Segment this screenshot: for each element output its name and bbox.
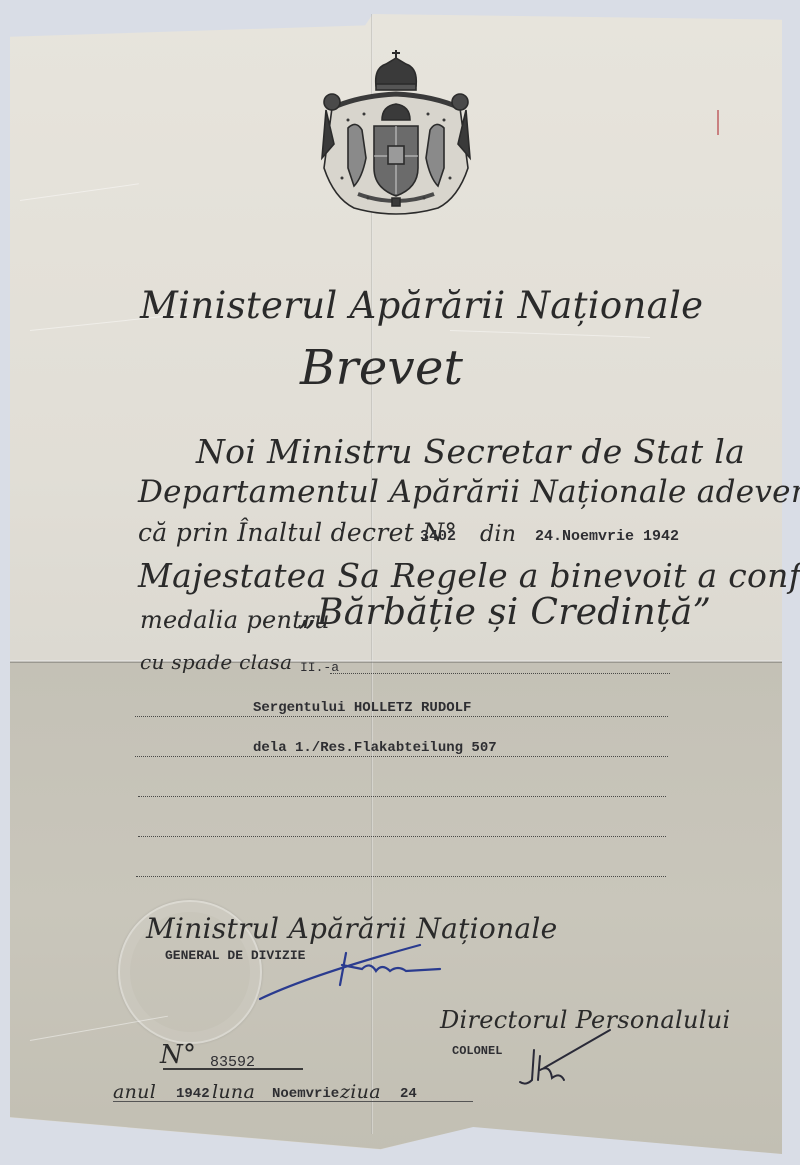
document-title: Brevet [300,340,463,396]
director-rank: COLONEL [452,1044,502,1058]
body-line-2: Departamentul Apărării Naționale adeveri… [138,474,800,510]
unit-line: dela 1./Res.Flakabteilung 507 [253,740,497,756]
month-label: luna [212,1081,255,1103]
decree-number: 3402 [420,528,456,545]
day-label: ziua [340,1081,381,1103]
body-line-6-prefix: cu spade clasa [140,650,292,674]
fill-line [138,836,666,837]
fill-line [135,716,668,717]
minister-signature-icon [250,935,470,1005]
body-line-3-din: din [480,522,516,547]
fill-line [135,756,668,757]
registry-underline [163,1068,303,1070]
month-value: Noemvrie [272,1086,339,1102]
director-signature-icon [510,1020,620,1090]
horizontal-fold-crease [10,660,782,663]
ministry-header: Ministerul Apărării Naționale [140,284,703,327]
body-line-4: Majestatea Sa Regele a binevoit a confer… [138,556,800,595]
date-underline [113,1101,473,1102]
day-value: 24 [400,1086,417,1102]
fill-line [136,876,666,877]
medal-name: „Bărbăție și Credință” [298,592,711,633]
body-line-1: Noi Ministru Secretar de Stat la [196,432,745,471]
red-pencil-mark [717,110,719,135]
fill-line [330,673,670,674]
royal-coat-of-arms-icon [318,48,474,218]
year-label: anul [113,1081,156,1103]
year-value: 1942 [176,1086,210,1102]
body-line-3-prefix: că prin Înaltul decret N° [138,518,457,547]
decree-date: 24.Noemvrie 1942 [535,528,679,545]
fill-line [138,796,666,797]
registry-number-label: N° [160,1040,196,1070]
recipient-line: Sergentului HOLLETZ RUDOLF [253,700,471,716]
